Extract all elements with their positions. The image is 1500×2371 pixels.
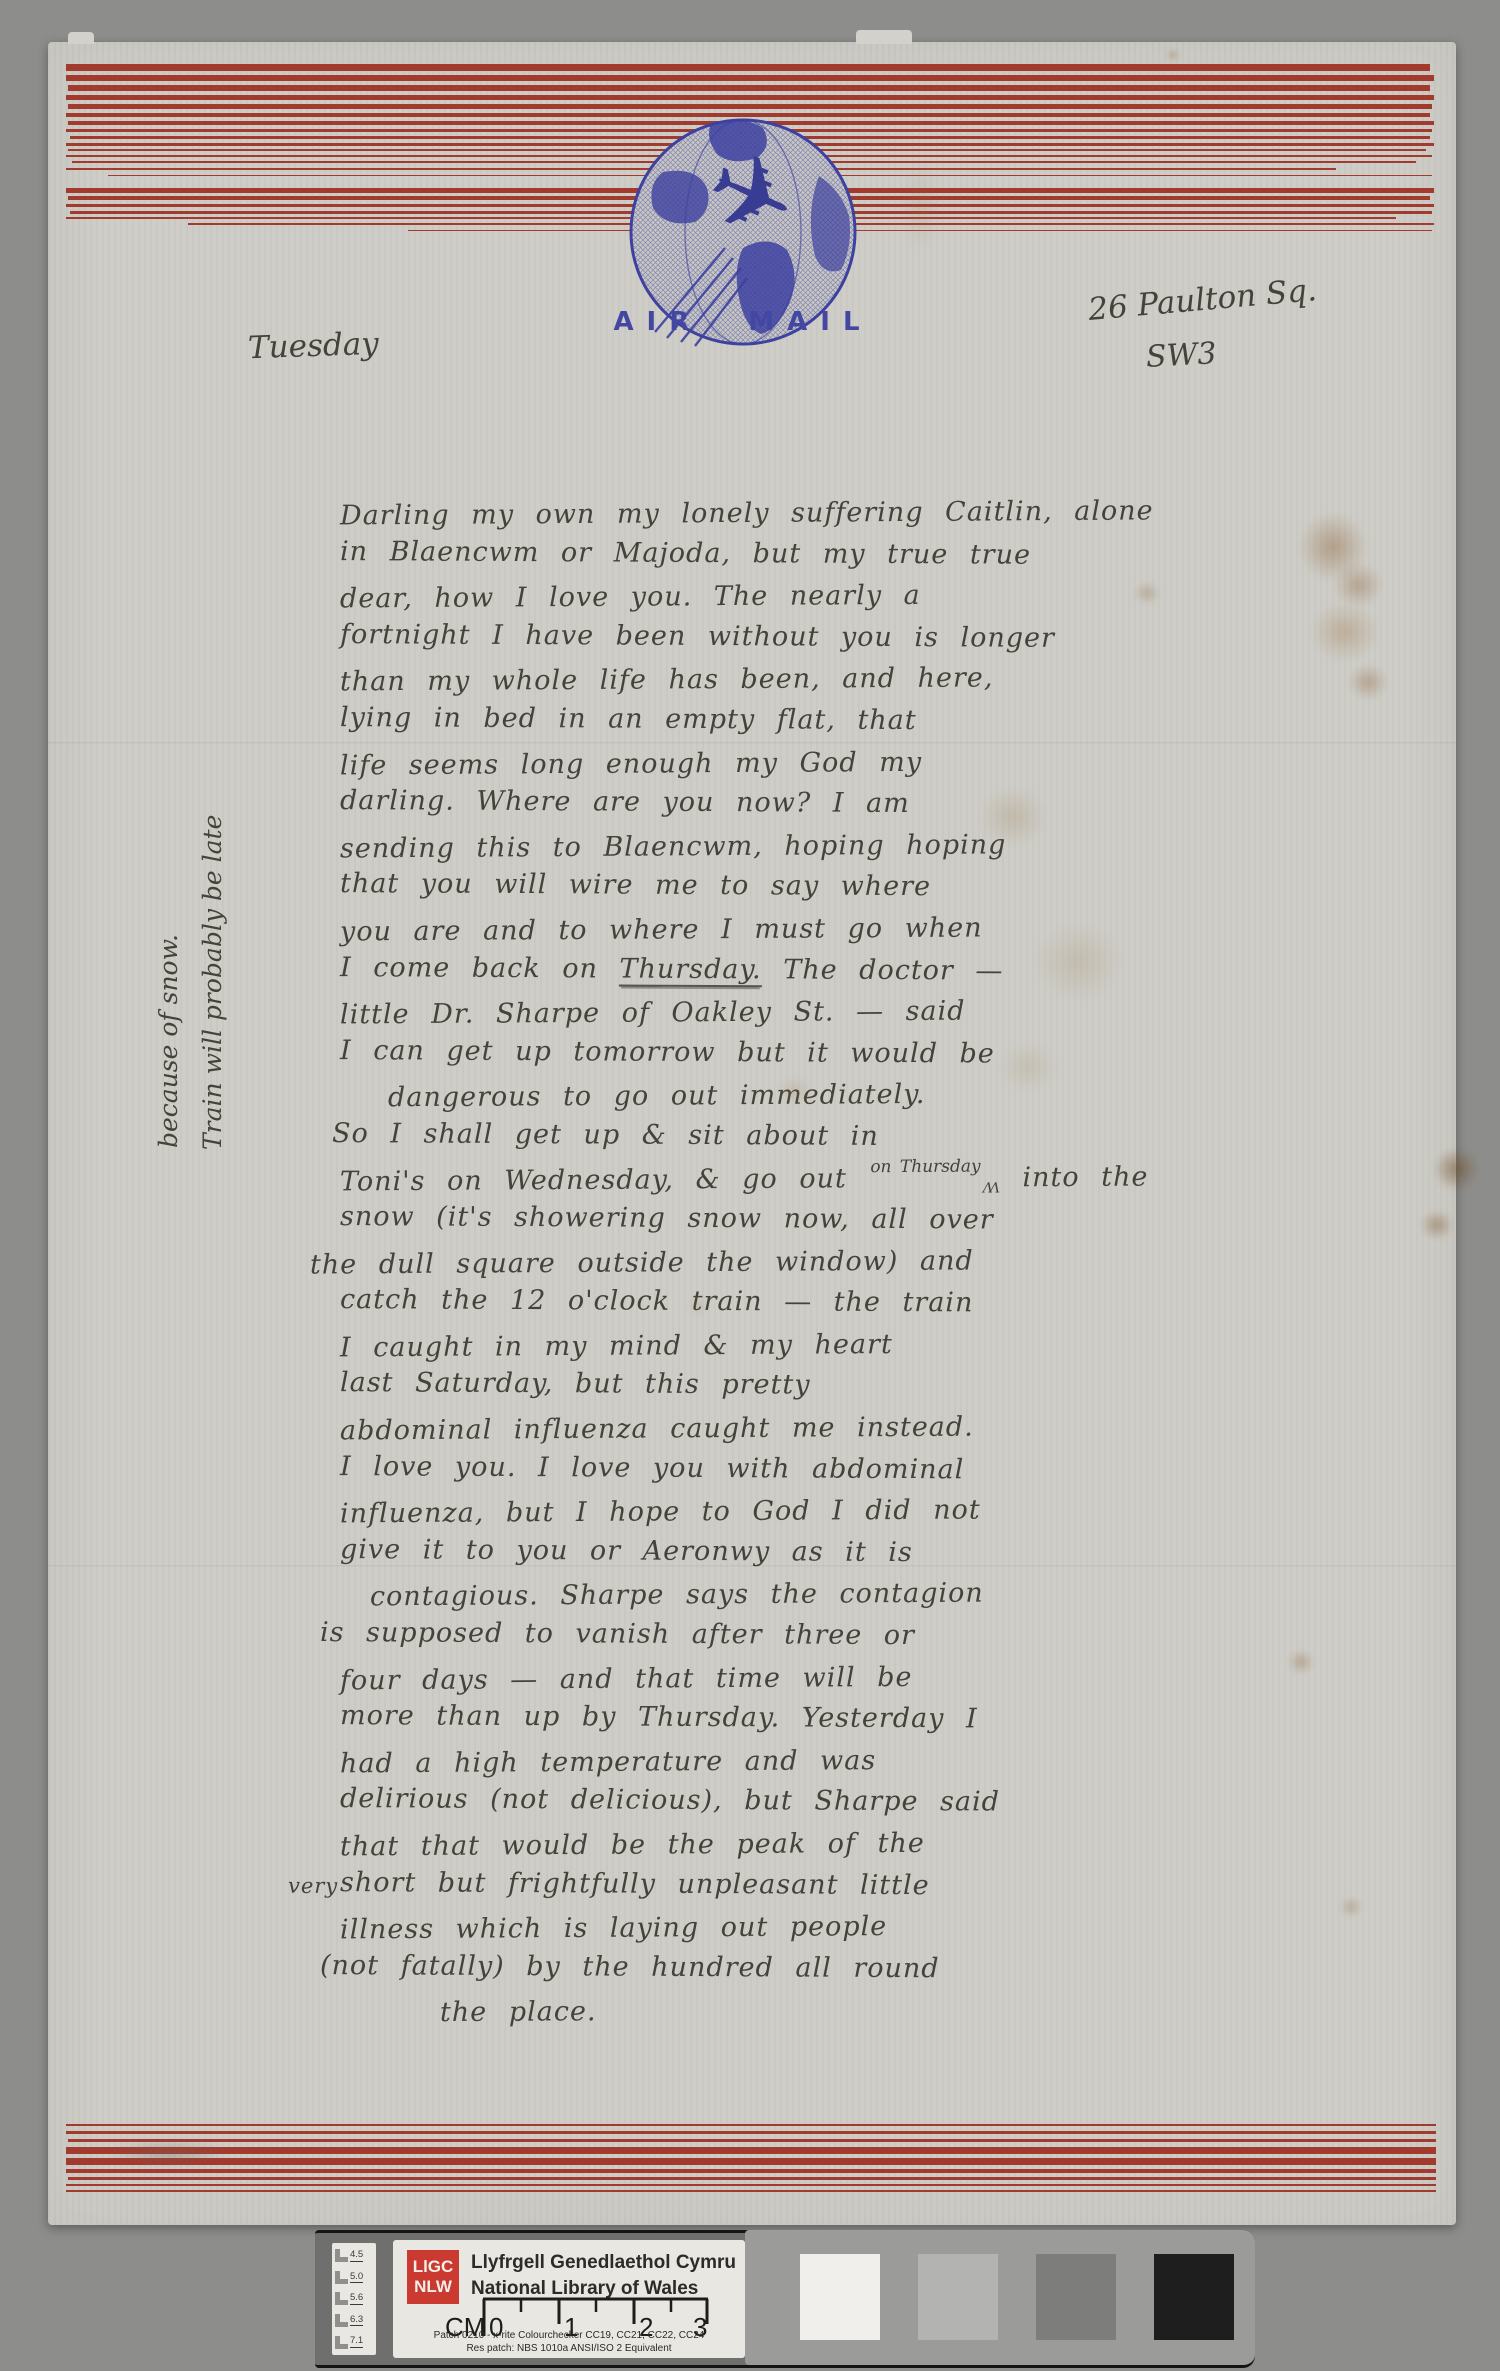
letter-body: Darling my own my lonely suffering Caitl… xyxy=(340,492,1460,2031)
density-value: 7.1 xyxy=(350,2336,363,2347)
letter-line: So I shall get up & sit about in xyxy=(332,1113,1460,1160)
letter-line: sending this to Blaencwm, hoping hoping xyxy=(340,821,1460,869)
letter-line: that that would be the peak of the xyxy=(340,1820,1460,1868)
letter-line: contagious. Sharpe says the contagion xyxy=(370,1570,1460,1618)
paper-stain xyxy=(688,1297,708,1315)
red-stripe xyxy=(66,2169,1436,2173)
margin-note-line-2: because of snow. xyxy=(154,934,183,1148)
red-stripe-band-bottom xyxy=(48,2124,1456,2199)
letter-line: (not fatally) by the hundred all round xyxy=(320,1945,1460,1993)
letter-line: dear, how I love you. The nearly a xyxy=(340,572,1460,620)
letter-line: dangerous to go out immediately. xyxy=(388,1071,1460,1119)
letter-line: influenza, but I hope to God I did not xyxy=(340,1487,1460,1535)
white-patch xyxy=(800,2254,880,2340)
density-value: 5.6 xyxy=(350,2293,363,2304)
margin-note-line-1: Train will probably be late xyxy=(198,815,227,1150)
paper-stain xyxy=(1033,922,1123,1002)
letter-line: than my whole life has been, and here, xyxy=(340,655,1460,703)
black-patch xyxy=(1154,2254,1234,2340)
paper-stain xyxy=(1168,50,1178,60)
patch-description: Patch 0210 - x-rite Colourchecker CC19, … xyxy=(393,2330,745,2355)
letter-line: abdominal influenza caught me instead. xyxy=(340,1404,1460,1452)
nlw-logo-line1: LlGC xyxy=(407,2257,459,2277)
letter-line: you are and to where I must go when xyxy=(340,905,1460,953)
letter-line: the place. xyxy=(440,1986,1460,2034)
paper-stain xyxy=(108,2140,228,2166)
scanned-letter-page: { "colors":{ "background":"#8d8d8b", "pa… xyxy=(0,0,1500,2371)
paper-stain xyxy=(1340,1897,1362,1917)
nlw-logo-line2: NLW xyxy=(407,2277,459,2297)
paper-stain xyxy=(1420,1210,1454,1240)
paper-stain xyxy=(1134,582,1160,604)
letter-line: last Saturday, but this pretty xyxy=(340,1363,1460,1410)
density-scale-mark-icon xyxy=(335,2314,348,2327)
paper-stain xyxy=(978,787,1048,847)
letter-line: delirious (not delicious), but Sharpe sa… xyxy=(340,1778,1460,1825)
caret-marks: ΛΛ xyxy=(983,1180,997,1196)
address-line-1: 26 Paulton Sq. xyxy=(1087,272,1318,328)
letter-line: illness which is laying out people xyxy=(340,1903,1460,1951)
calibration-bar: 4.55.05.66.37.1 LlGC NLW Llyfrgell Gened… xyxy=(315,2230,1255,2368)
letter-line: fortnight I have been without you is lon… xyxy=(340,614,1460,661)
density-item: 6.3 xyxy=(332,2314,376,2327)
paper-stain xyxy=(998,1042,1058,1092)
mid-gray-patch xyxy=(1036,2254,1116,2340)
paper-stain xyxy=(1433,1147,1479,1191)
density-item: 7.1 xyxy=(332,2336,376,2349)
density-scale-mark-icon xyxy=(335,2292,348,2305)
address-line-2: SW3 xyxy=(1145,336,1217,375)
patch-description-line1: Patch 0210 - x-rite Colourchecker CC19, … xyxy=(393,2330,745,2343)
library-label-card: LlGC NLW Llyfrgell Genedlaethol Cymru Na… xyxy=(393,2240,745,2358)
density-scale-mark-icon xyxy=(335,2336,348,2349)
letter-line: life seems long enough my God my xyxy=(340,738,1460,786)
letter-line: more than up by Thursday. Yesterday I xyxy=(340,1695,1460,1742)
library-name-welsh: Llyfrgell Genedlaethol Cymru xyxy=(471,2250,736,2276)
density-scale: 4.55.05.66.37.1 xyxy=(332,2243,376,2355)
density-scale-mark-icon xyxy=(335,2249,348,2262)
red-stripe xyxy=(66,2158,1436,2165)
letter-line: snow (it's showering snow now, all over xyxy=(340,1196,1460,1243)
red-stripe xyxy=(66,2190,1436,2192)
letter-line: catch the 12 o'clock train — the train xyxy=(340,1279,1460,1326)
paper-stain xyxy=(778,1077,812,1105)
letter-line: darling. Where are you now? I am xyxy=(340,780,1460,827)
letter-line: give it to you or Aeronwy as it is xyxy=(340,1529,1460,1576)
letter-line: the dull square outside the window) and xyxy=(310,1237,1460,1286)
paper-stain xyxy=(1348,664,1388,700)
density-value: 4.5 xyxy=(350,2250,363,2261)
grayscale-patch-card xyxy=(745,2230,1255,2365)
letter-line: is supposed to vanish after three or xyxy=(320,1612,1460,1660)
air-mail-label: AIR MAIL xyxy=(588,307,898,337)
red-stripe xyxy=(68,2177,1436,2180)
red-stripe xyxy=(68,2139,1436,2142)
paper-stain xyxy=(1310,602,1380,662)
letter-line: I come back on Thursday. The doctor — xyxy=(340,947,1460,994)
density-item: 5.6 xyxy=(332,2292,376,2305)
density-item: 5.0 xyxy=(332,2271,376,2284)
paper-stain xyxy=(900,162,940,252)
red-stripe xyxy=(66,2131,1436,2134)
library-name: Llyfrgell Genedlaethol Cymru National Li… xyxy=(471,2250,736,2301)
letter-line: Toni's on Wednesday, & go out on Thursda… xyxy=(340,1154,1460,1202)
letter-line: Darling my own my lonely suffering Caitl… xyxy=(340,489,1460,537)
density-item: 4.5 xyxy=(332,2249,376,2262)
margin-insert-word: very xyxy=(288,1865,338,1907)
letter-line: had a high temperature and was xyxy=(340,1736,1460,1784)
light-gray-patch xyxy=(918,2254,998,2340)
red-stripe xyxy=(66,2184,1436,2186)
letter-line: I caught in my mind & my heart xyxy=(340,1320,1460,1368)
letter-line: I can get up tomorrow but it would be xyxy=(340,1030,1460,1077)
letter-sheet: ✈ AIR MAIL Tuesday 26 Paulton Sq. SW3 Tr… xyxy=(48,42,1456,2225)
letter-line: veryshort but frightfully unpleasant lit… xyxy=(340,1862,1460,1909)
density-value: 6.3 xyxy=(350,2315,363,2326)
red-stripe xyxy=(66,64,1430,71)
interline-insertion: on Thursday xyxy=(870,1156,980,1177)
red-stripe xyxy=(66,2147,1436,2154)
date-line: Tuesday xyxy=(247,326,379,367)
letter-line: lying in bed in an empty flat, that xyxy=(340,697,1460,744)
density-scale-mark-icon xyxy=(335,2271,348,2284)
paper-stain xyxy=(1288,1650,1314,1674)
letter-line: in Blaencwm or Majoda, but my true true xyxy=(340,531,1460,578)
letter-line: I love you. I love you with abdominal xyxy=(340,1446,1460,1493)
underlined-word: Thursday. xyxy=(619,953,761,987)
density-value: 5.0 xyxy=(350,2272,363,2283)
paper-stain xyxy=(1333,562,1383,608)
letter-line: that you will wire me to say where xyxy=(340,863,1460,910)
letter-line: little Dr. Sharpe of Oakley St. — said xyxy=(340,988,1460,1036)
red-stripe xyxy=(66,2124,1436,2126)
patch-description-line2: Res patch: NBS 1010a ANSI/ISO 2 Equivale… xyxy=(393,2343,745,2356)
